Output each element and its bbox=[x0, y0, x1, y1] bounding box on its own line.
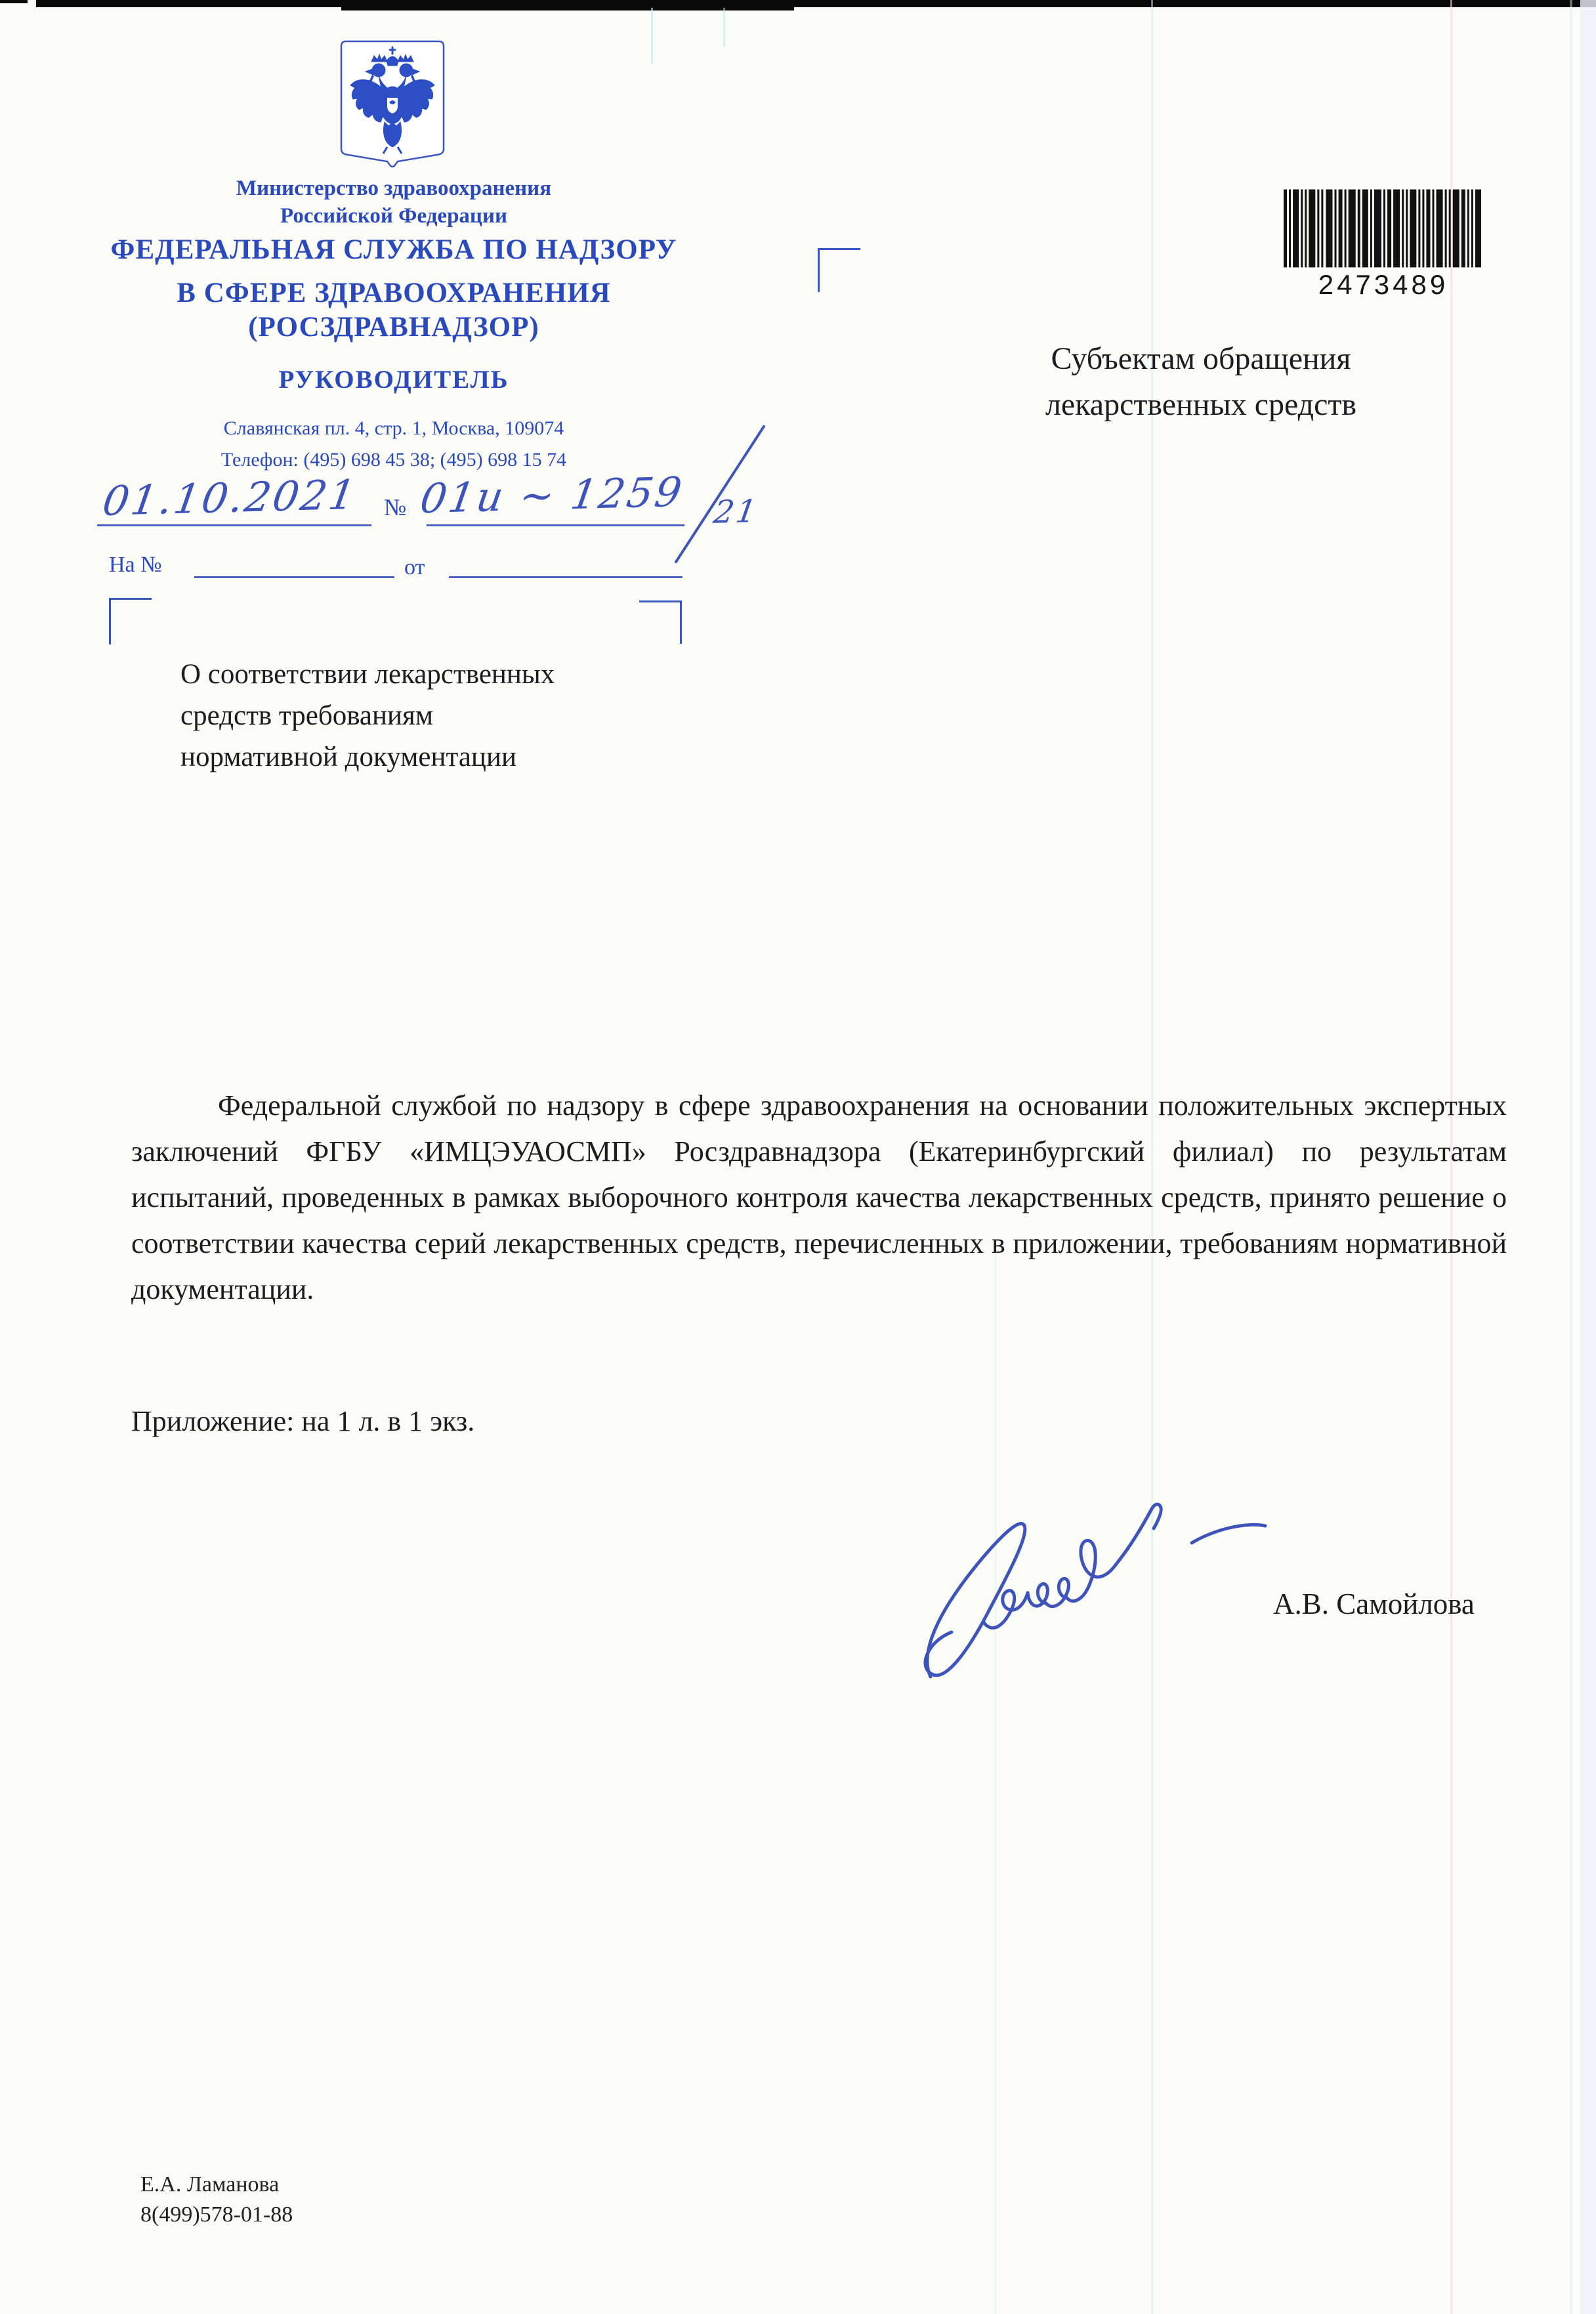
addressee-block: Субъектам обращения лекарственных средст… bbox=[991, 336, 1411, 428]
agency-line-2: В СФЕРЕ ЗДРАВООХРАНЕНИЯ bbox=[92, 277, 696, 309]
reply-to-label: На № bbox=[109, 553, 162, 578]
subject-line-1: О соответствии лекарственных bbox=[180, 654, 555, 695]
ministry-name: Министерство здравоохранения Российской … bbox=[118, 175, 669, 230]
position-title: РУКОВОДИТЕЛЬ bbox=[92, 365, 696, 394]
scan-artifact-blob bbox=[341, 0, 794, 11]
handwritten-date: 01.10.2021 bbox=[100, 471, 361, 525]
body-paragraph: Федеральной службой по надзору в сфере з… bbox=[131, 1083, 1507, 1313]
address-zone-bracket-left bbox=[109, 598, 152, 644]
handwritten-number: 01и ~ 1259 bbox=[417, 468, 687, 522]
number-underline bbox=[427, 524, 684, 526]
subject-block: О соответствии лекарственных средств тре… bbox=[180, 654, 555, 778]
scan-artifact-corner bbox=[0, 0, 28, 3]
addressee-line-2: лекарственных средств bbox=[991, 382, 1411, 428]
subject-line-2: средств требованиям bbox=[180, 695, 555, 736]
scan-edge-strip bbox=[1580, 0, 1596, 2314]
subject-line-3: нормативной документации bbox=[180, 736, 555, 778]
scan-streak bbox=[651, 8, 653, 64]
scan-line-cyan bbox=[1570, 0, 1572, 2314]
number-sign: № bbox=[384, 494, 406, 521]
reply-number-underline bbox=[194, 576, 394, 578]
scan-line-cyan bbox=[995, 1247, 996, 2314]
barcode-number: 2473489 bbox=[1284, 269, 1483, 301]
executor-name: Е.А. Ламанова bbox=[140, 2170, 293, 2200]
address-zone-bracket-right bbox=[639, 600, 682, 644]
attachment-line: Приложение: на 1 л. в 1 экз. bbox=[131, 1404, 474, 1438]
agency-line-1: ФЕДЕРАЛЬНАЯ СЛУЖБА ПО НАДЗОРУ bbox=[92, 234, 696, 266]
scan-artifact-band bbox=[36, 0, 1596, 7]
barcode bbox=[1284, 189, 1483, 268]
agency-line-3: (РОСЗДРАВНАДЗОР) bbox=[92, 311, 696, 343]
coat-of-arms-icon bbox=[339, 39, 446, 172]
handwritten-number-suffix: 21 bbox=[711, 493, 761, 531]
ministry-line-2: Российской Федерации bbox=[118, 202, 669, 230]
signatory-name: А.В. Самойлова bbox=[1273, 1587, 1475, 1621]
executor-block: Е.А. Ламанова 8(499)578-01-88 bbox=[140, 2170, 293, 2230]
address-line: Славянская пл. 4, стр. 1, Москва, 109074 bbox=[92, 417, 696, 440]
reply-from-label: от bbox=[404, 555, 425, 580]
reply-date-underline bbox=[449, 576, 682, 578]
addressee-line-1: Субъектам обращения bbox=[991, 336, 1411, 382]
executor-phone: 8(499)578-01-88 bbox=[140, 2200, 293, 2230]
phone-line: Телефон: (495) 698 45 38; (495) 698 15 7… bbox=[92, 449, 696, 471]
signature-scribble bbox=[906, 1480, 1306, 1690]
ministry-line-1: Министерство здравоохранения bbox=[118, 175, 669, 202]
scanned-letter-page: Министерство здравоохранения Российской … bbox=[0, 0, 1596, 2314]
date-underline bbox=[97, 524, 371, 526]
scan-streak bbox=[723, 8, 725, 47]
addressee-zone-bracket bbox=[818, 248, 860, 292]
